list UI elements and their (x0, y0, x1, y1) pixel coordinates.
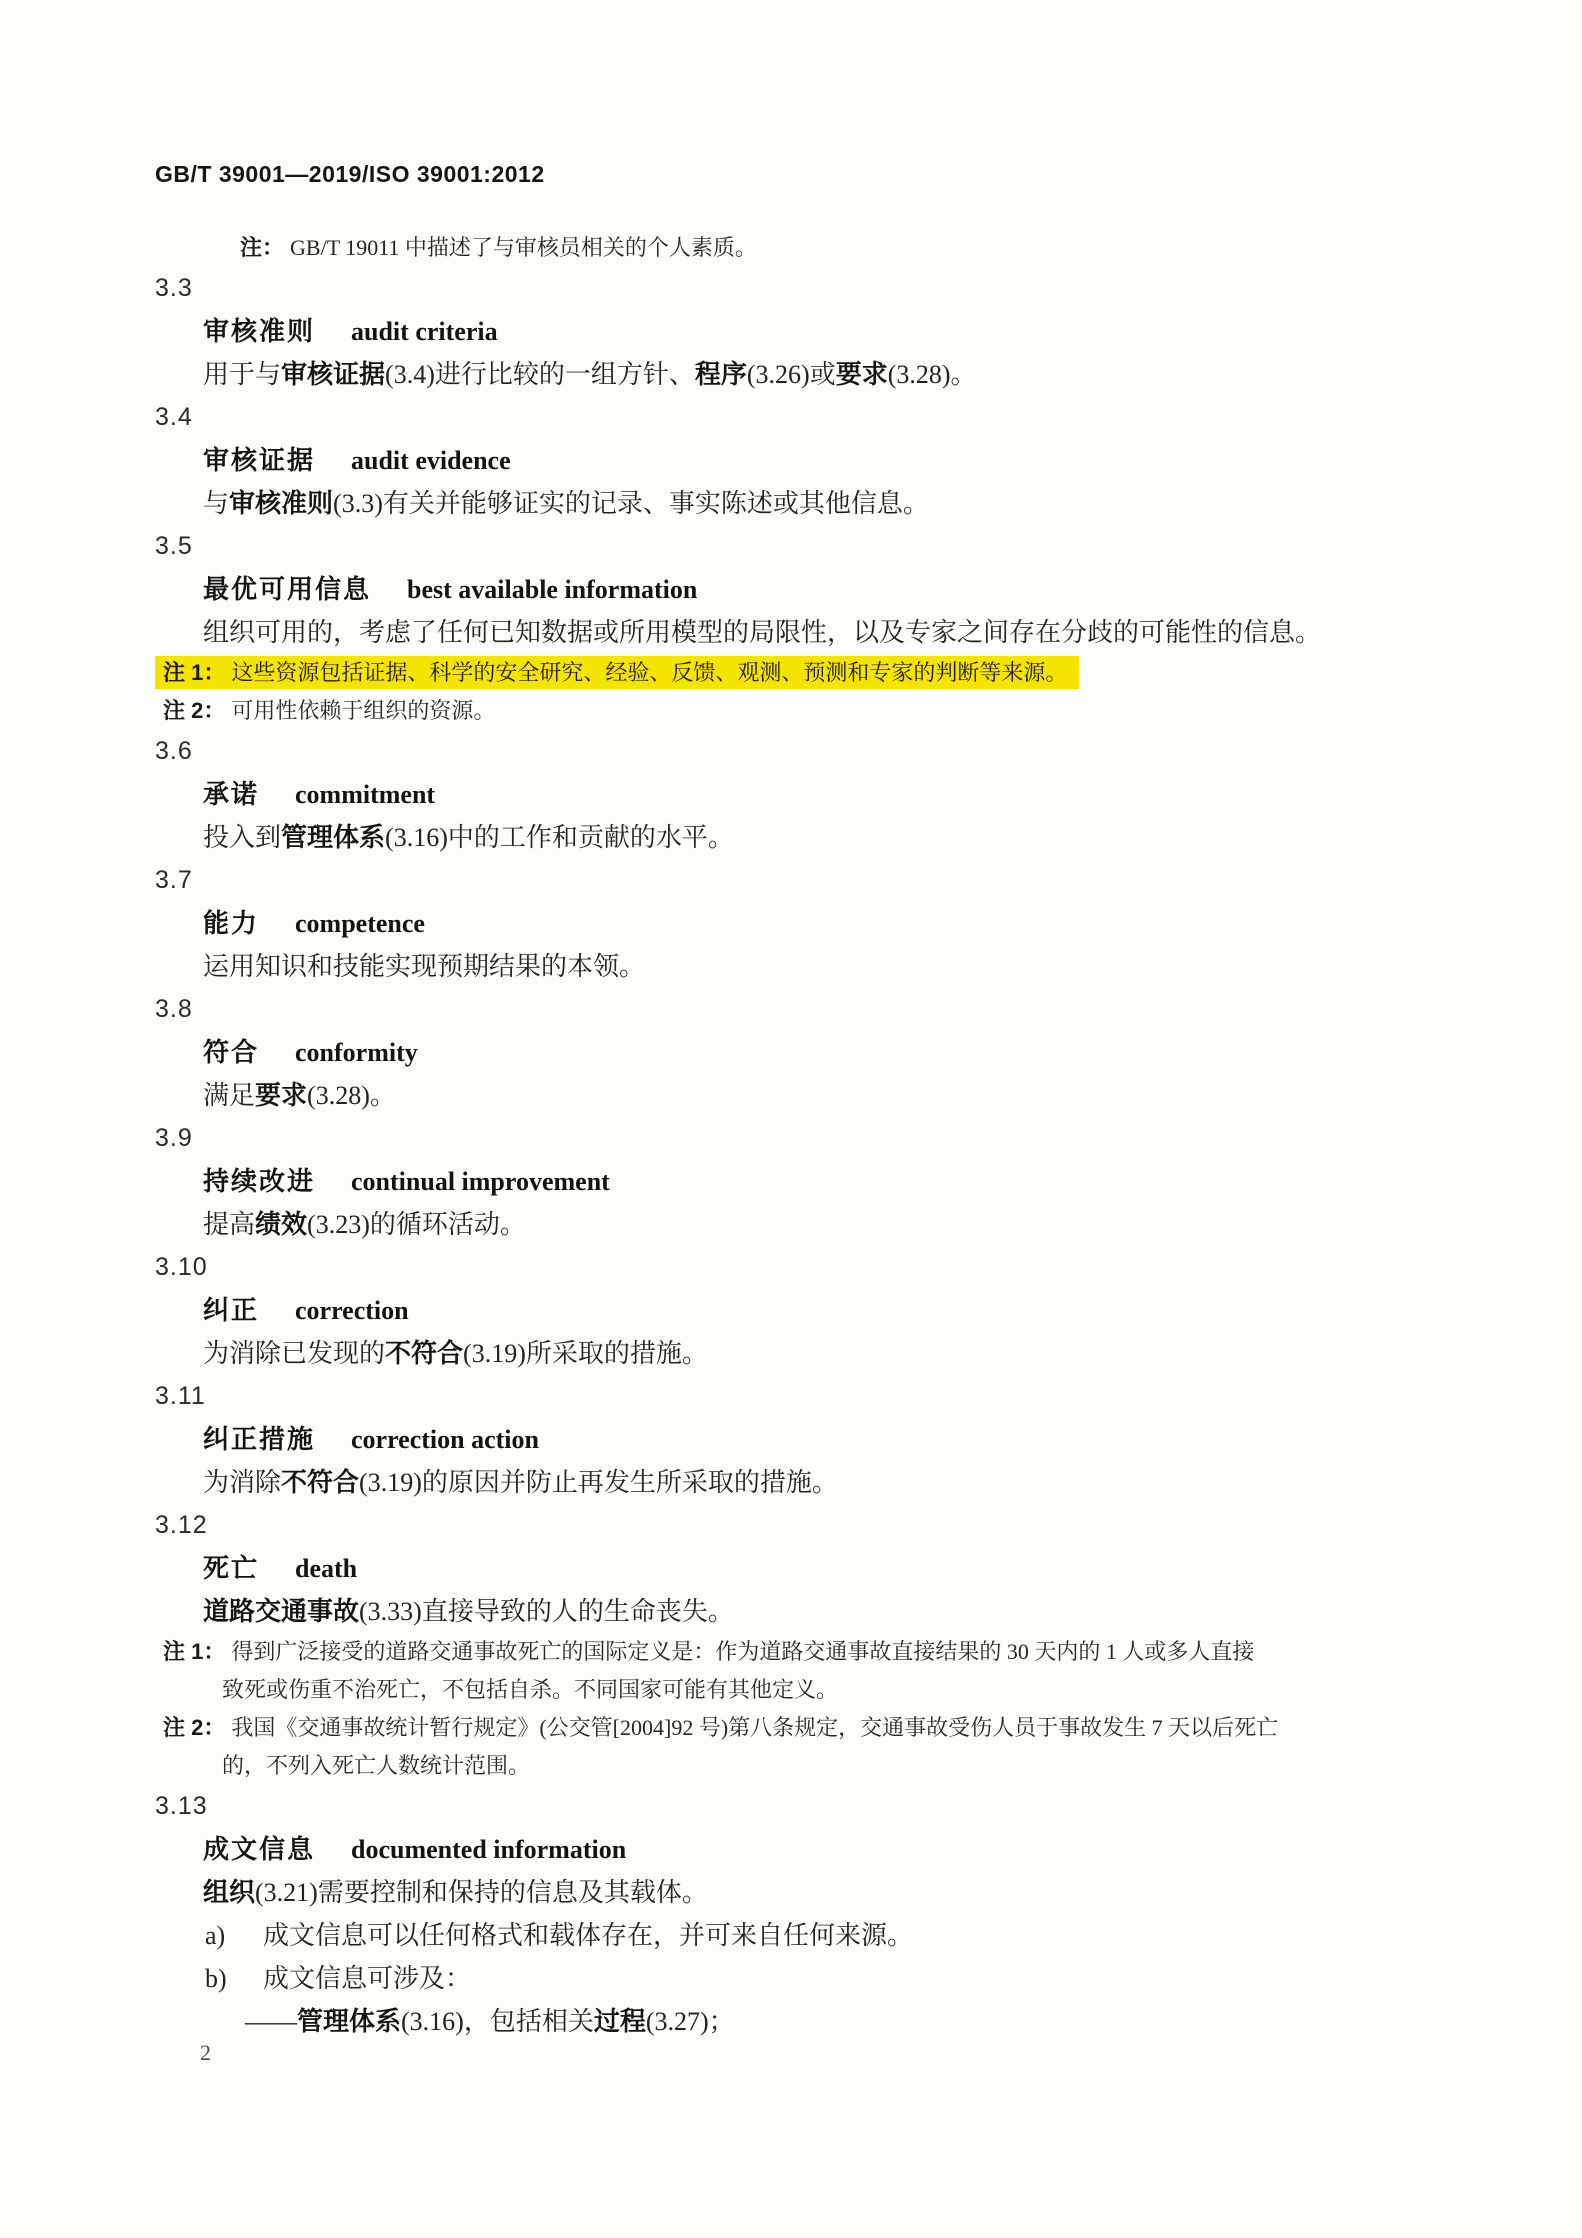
highlighted-note: 注 1：这些资源包括证据、科学的安全研究、经验、反馈、观测、预测和专家的判断等来… (155, 656, 1079, 689)
list-item: b)成文信息可涉及： (205, 1957, 1582, 2000)
section-number: 3.8 (155, 988, 1582, 1031)
term-section: 3.8符合conformity满足要求(3.28)。 (0, 988, 1582, 1117)
term-section: 3.6承诺commitment投入到管理体系(3.16)中的工作和贡献的水平。 (0, 730, 1582, 859)
term-line: 承诺commitment (203, 773, 1582, 816)
list-item-text: 成文信息可涉及： (263, 1964, 471, 1993)
term-english: commitment (295, 780, 435, 809)
definition: 为消除不符合(3.19)的原因并防止再发生所采取的措施。 (203, 1461, 1582, 1504)
definition-segment: 组织 (203, 1877, 255, 1907)
section-number: 3.5 (155, 525, 1582, 568)
term-section: 3.10纠正correction为消除已发现的不符合(3.19)所采取的措施。 (0, 1246, 1582, 1375)
term-chinese: 承诺 (203, 779, 259, 809)
section-number: 3.13 (155, 1785, 1582, 1828)
term-line: 符合conformity (203, 1031, 1582, 1074)
list-item-label: a) (205, 1914, 263, 1957)
definition: 满足要求(3.28)。 (203, 1074, 1582, 1117)
term-chinese: 成文信息 (203, 1834, 315, 1864)
section-number: 3.3 (155, 267, 1582, 310)
definition-segment: 为消除已发现的 (203, 1339, 385, 1368)
definition-segment: 提高 (203, 1210, 255, 1239)
note-text: GB/T 19011 中描述了与审核员相关的个人素质。 (290, 235, 757, 260)
note-line: 的，不列入死亡人数统计范围。 (222, 1747, 1582, 1785)
term-line: 持续改进continual improvement (203, 1160, 1582, 1203)
section-number: 3.6 (155, 730, 1582, 773)
note-text: 的，不列入死亡人数统计范围。 (222, 1753, 530, 1778)
term-english: correction action (351, 1425, 539, 1454)
note-text: 致死或伤重不治死亡，不包括自杀。不同国家可能有其他定义。 (222, 1677, 838, 1702)
definition-segment: (3.19)所采取的措施。 (463, 1339, 708, 1368)
term-english: documented information (351, 1835, 626, 1864)
page-content: 注：GB/T 19011 中描述了与审核员相关的个人素质。 3.3审核准则aud… (0, 229, 1582, 2043)
definition-segment: (3.16)中的工作和贡献的水平。 (385, 823, 734, 852)
term-line: 最优可用信息best available information (203, 568, 1582, 611)
term-chinese: 审核证据 (203, 445, 315, 475)
definition-segment: 投入到 (203, 823, 281, 852)
definition-segment: 要求 (836, 359, 888, 389)
list-item: a)成文信息可以任何格式和载体存在，并可来自任何来源。 (205, 1914, 1582, 1957)
definition-segment: 运用知识和技能实现预期结果的本领。 (203, 952, 645, 981)
definition-segment: 过程 (594, 2006, 646, 2036)
term-section: 3.3审核准则audit criteria用于与审核证据(3.4)进行比较的一组… (0, 267, 1582, 396)
term-english: correction (295, 1296, 409, 1325)
definition: 与审核准则(3.3)有关并能够证实的记录、事实陈述或其他信息。 (203, 482, 1582, 525)
definition-segment: (3.21)需要控制和保持的信息及其载体。 (255, 1878, 708, 1907)
scanned-standard-page: GB/T 39001—2019/ISO 39001:2012 注：GB/T 19… (0, 0, 1582, 2238)
definition-segment: (3.16)，包括相关 (401, 2007, 594, 2036)
note-line: 致死或伤重不治死亡，不包括自杀。不同国家可能有其他定义。 (222, 1671, 1582, 1709)
list-item-dash: ——管理体系(3.16)，包括相关过程(3.27)； (245, 2000, 1582, 2043)
definition-segment: (3.28)。 (888, 360, 977, 389)
term-chinese: 纠正 (203, 1295, 259, 1325)
term-english: audit criteria (351, 317, 498, 346)
definition-segment: 要求 (255, 1080, 307, 1110)
definition-segment: (3.27)； (646, 2007, 735, 2036)
definition-segment: (3.33)直接导致的人的生命丧失。 (359, 1597, 734, 1626)
term-line: 审核准则audit criteria (203, 310, 1582, 353)
term-english: audit evidence (351, 446, 511, 475)
section-number: 3.9 (155, 1117, 1582, 1160)
term-english: best available information (407, 575, 697, 604)
term-section: 3.4审核证据audit evidence与审核准则(3.3)有关并能够证实的记… (0, 396, 1582, 525)
term-line: 死亡death (203, 1547, 1582, 1590)
note-text: 得到广泛接受的道路交通事故死亡的国际定义是：作为道路交通事故直接结果的 30 天… (231, 1639, 1254, 1664)
note-label: 注 1： (163, 660, 225, 685)
general-note: 注：GB/T 19011 中描述了与审核员相关的个人素质。 (240, 229, 1582, 267)
note-text: 我国《交通事故统计暂行规定》(公交管[2004]92 号)第八条规定，交通事故受… (231, 1715, 1278, 1740)
definition: 运用知识和技能实现预期结果的本领。 (203, 945, 1582, 988)
definition-segment: 为消除 (203, 1468, 281, 1497)
term-section: 3.7能力competence运用知识和技能实现预期结果的本领。 (0, 859, 1582, 988)
note-line: 注 1：这些资源包括证据、科学的安全研究、经验、反馈、观测、预测和专家的判断等来… (163, 654, 1582, 692)
definition-segment: 管理体系 (281, 822, 385, 852)
note-label: 注 2： (163, 698, 225, 723)
term-chinese: 最优可用信息 (203, 574, 371, 604)
definition: 组织(3.21)需要控制和保持的信息及其载体。 (203, 1871, 1582, 1914)
page-number: 2 (200, 2040, 211, 2066)
definition-segment: (3.28)。 (307, 1081, 396, 1110)
term-section: 3.9持续改进continual improvement提高绩效(3.23)的循… (0, 1117, 1582, 1246)
section-number: 3.11 (155, 1375, 1582, 1418)
definition-segment: (3.23)的循环活动。 (307, 1210, 526, 1239)
note-line: 注 1：得到广泛接受的道路交通事故死亡的国际定义是：作为道路交通事故直接结果的 … (163, 1633, 1582, 1671)
term-section: 3.5最优可用信息best available information组织可用的… (0, 525, 1582, 730)
definition: 为消除已发现的不符合(3.19)所采取的措施。 (203, 1332, 1582, 1375)
definition: 组织可用的，考虑了任何已知数据或所用模型的局限性，以及专家之间存在分歧的可能性的… (203, 611, 1582, 654)
term-chinese: 能力 (203, 908, 259, 938)
section-number: 3.10 (155, 1246, 1582, 1289)
section-number: 3.12 (155, 1504, 1582, 1547)
term-section: 3.13成文信息documented information组织(3.21)需要… (0, 1785, 1582, 2043)
term-english: death (295, 1554, 357, 1583)
note-text: 可用性依赖于组织的资源。 (231, 698, 495, 723)
definition: 道路交通事故(3.33)直接导致的人的生命丧失。 (203, 1590, 1582, 1633)
term-line: 纠正correction (203, 1289, 1582, 1332)
document-header: GB/T 39001—2019/ISO 39001:2012 (155, 161, 545, 188)
list-item-text: 成文信息可以任何格式和载体存在，并可来自任何来源。 (263, 1921, 913, 1950)
term-chinese: 纠正措施 (203, 1424, 315, 1454)
definition-segment: 组织可用的，考虑了任何已知数据或所用模型的局限性，以及专家之间存在分歧的可能性的… (203, 618, 1321, 647)
definition-segment: (3.3)有关并能够证实的记录、事实陈述或其他信息。 (333, 489, 929, 518)
term-chinese: 审核准则 (203, 316, 315, 346)
definition: 用于与审核证据(3.4)进行比较的一组方针、程序(3.26)或要求(3.28)。 (203, 353, 1582, 396)
term-english: competence (295, 909, 425, 938)
term-english: continual improvement (351, 1167, 610, 1196)
definition-segment: 满足 (203, 1081, 255, 1110)
term-chinese: 符合 (203, 1037, 259, 1067)
note-text: 这些资源包括证据、科学的安全研究、经验、反馈、观测、预测和专家的判断等来源。 (231, 660, 1067, 685)
definition-segment: (3.26)或 (747, 360, 836, 389)
term-line: 能力competence (203, 902, 1582, 945)
note-line: 注 2：我国《交通事故统计暂行规定》(公交管[2004]92 号)第八条规定，交… (163, 1709, 1582, 1747)
note-line: 注 2：可用性依赖于组织的资源。 (163, 692, 1582, 730)
definition-segment: 管理体系 (297, 2006, 401, 2036)
term-english: conformity (295, 1038, 418, 1067)
definition-segment: 审核准则 (229, 488, 333, 518)
definition-segment: 审核证据 (281, 359, 385, 389)
definition: 投入到管理体系(3.16)中的工作和贡献的水平。 (203, 816, 1582, 859)
definition-segment: (3.19)的原因并防止再发生所采取的措施。 (359, 1468, 838, 1497)
definition-segment: —— (245, 2007, 297, 2036)
note-label: 注 2： (163, 1715, 225, 1740)
definition: 提高绩效(3.23)的循环活动。 (203, 1203, 1582, 1246)
term-line: 纠正措施correction action (203, 1418, 1582, 1461)
definition-segment: 道路交通事故 (203, 1596, 359, 1626)
section-number: 3.7 (155, 859, 1582, 902)
term-section: 3.12死亡death道路交通事故(3.33)直接导致的人的生命丧失。注 1：得… (0, 1504, 1582, 1785)
list-item-label: b) (205, 1957, 263, 2000)
term-line: 审核证据audit evidence (203, 439, 1582, 482)
section-number: 3.4 (155, 396, 1582, 439)
note-label: 注 1： (163, 1639, 225, 1664)
term-line: 成文信息documented information (203, 1828, 1582, 1871)
definition-segment: 不符合 (385, 1338, 463, 1368)
terms-definitions-list: 3.3审核准则audit criteria用于与审核证据(3.4)进行比较的一组… (0, 267, 1582, 2043)
term-section: 3.11纠正措施correction action为消除不符合(3.19)的原因… (0, 1375, 1582, 1504)
definition-segment: 绩效 (255, 1209, 307, 1239)
definition-segment: 用于与 (203, 360, 281, 389)
term-chinese: 死亡 (203, 1553, 259, 1583)
definition-segment: 与 (203, 489, 229, 518)
definition-segment: 程序 (695, 359, 747, 389)
term-chinese: 持续改进 (203, 1166, 315, 1196)
note-label: 注： (240, 235, 284, 260)
definition-segment: (3.4)进行比较的一组方针、 (385, 360, 695, 389)
definition-segment: 不符合 (281, 1467, 359, 1497)
